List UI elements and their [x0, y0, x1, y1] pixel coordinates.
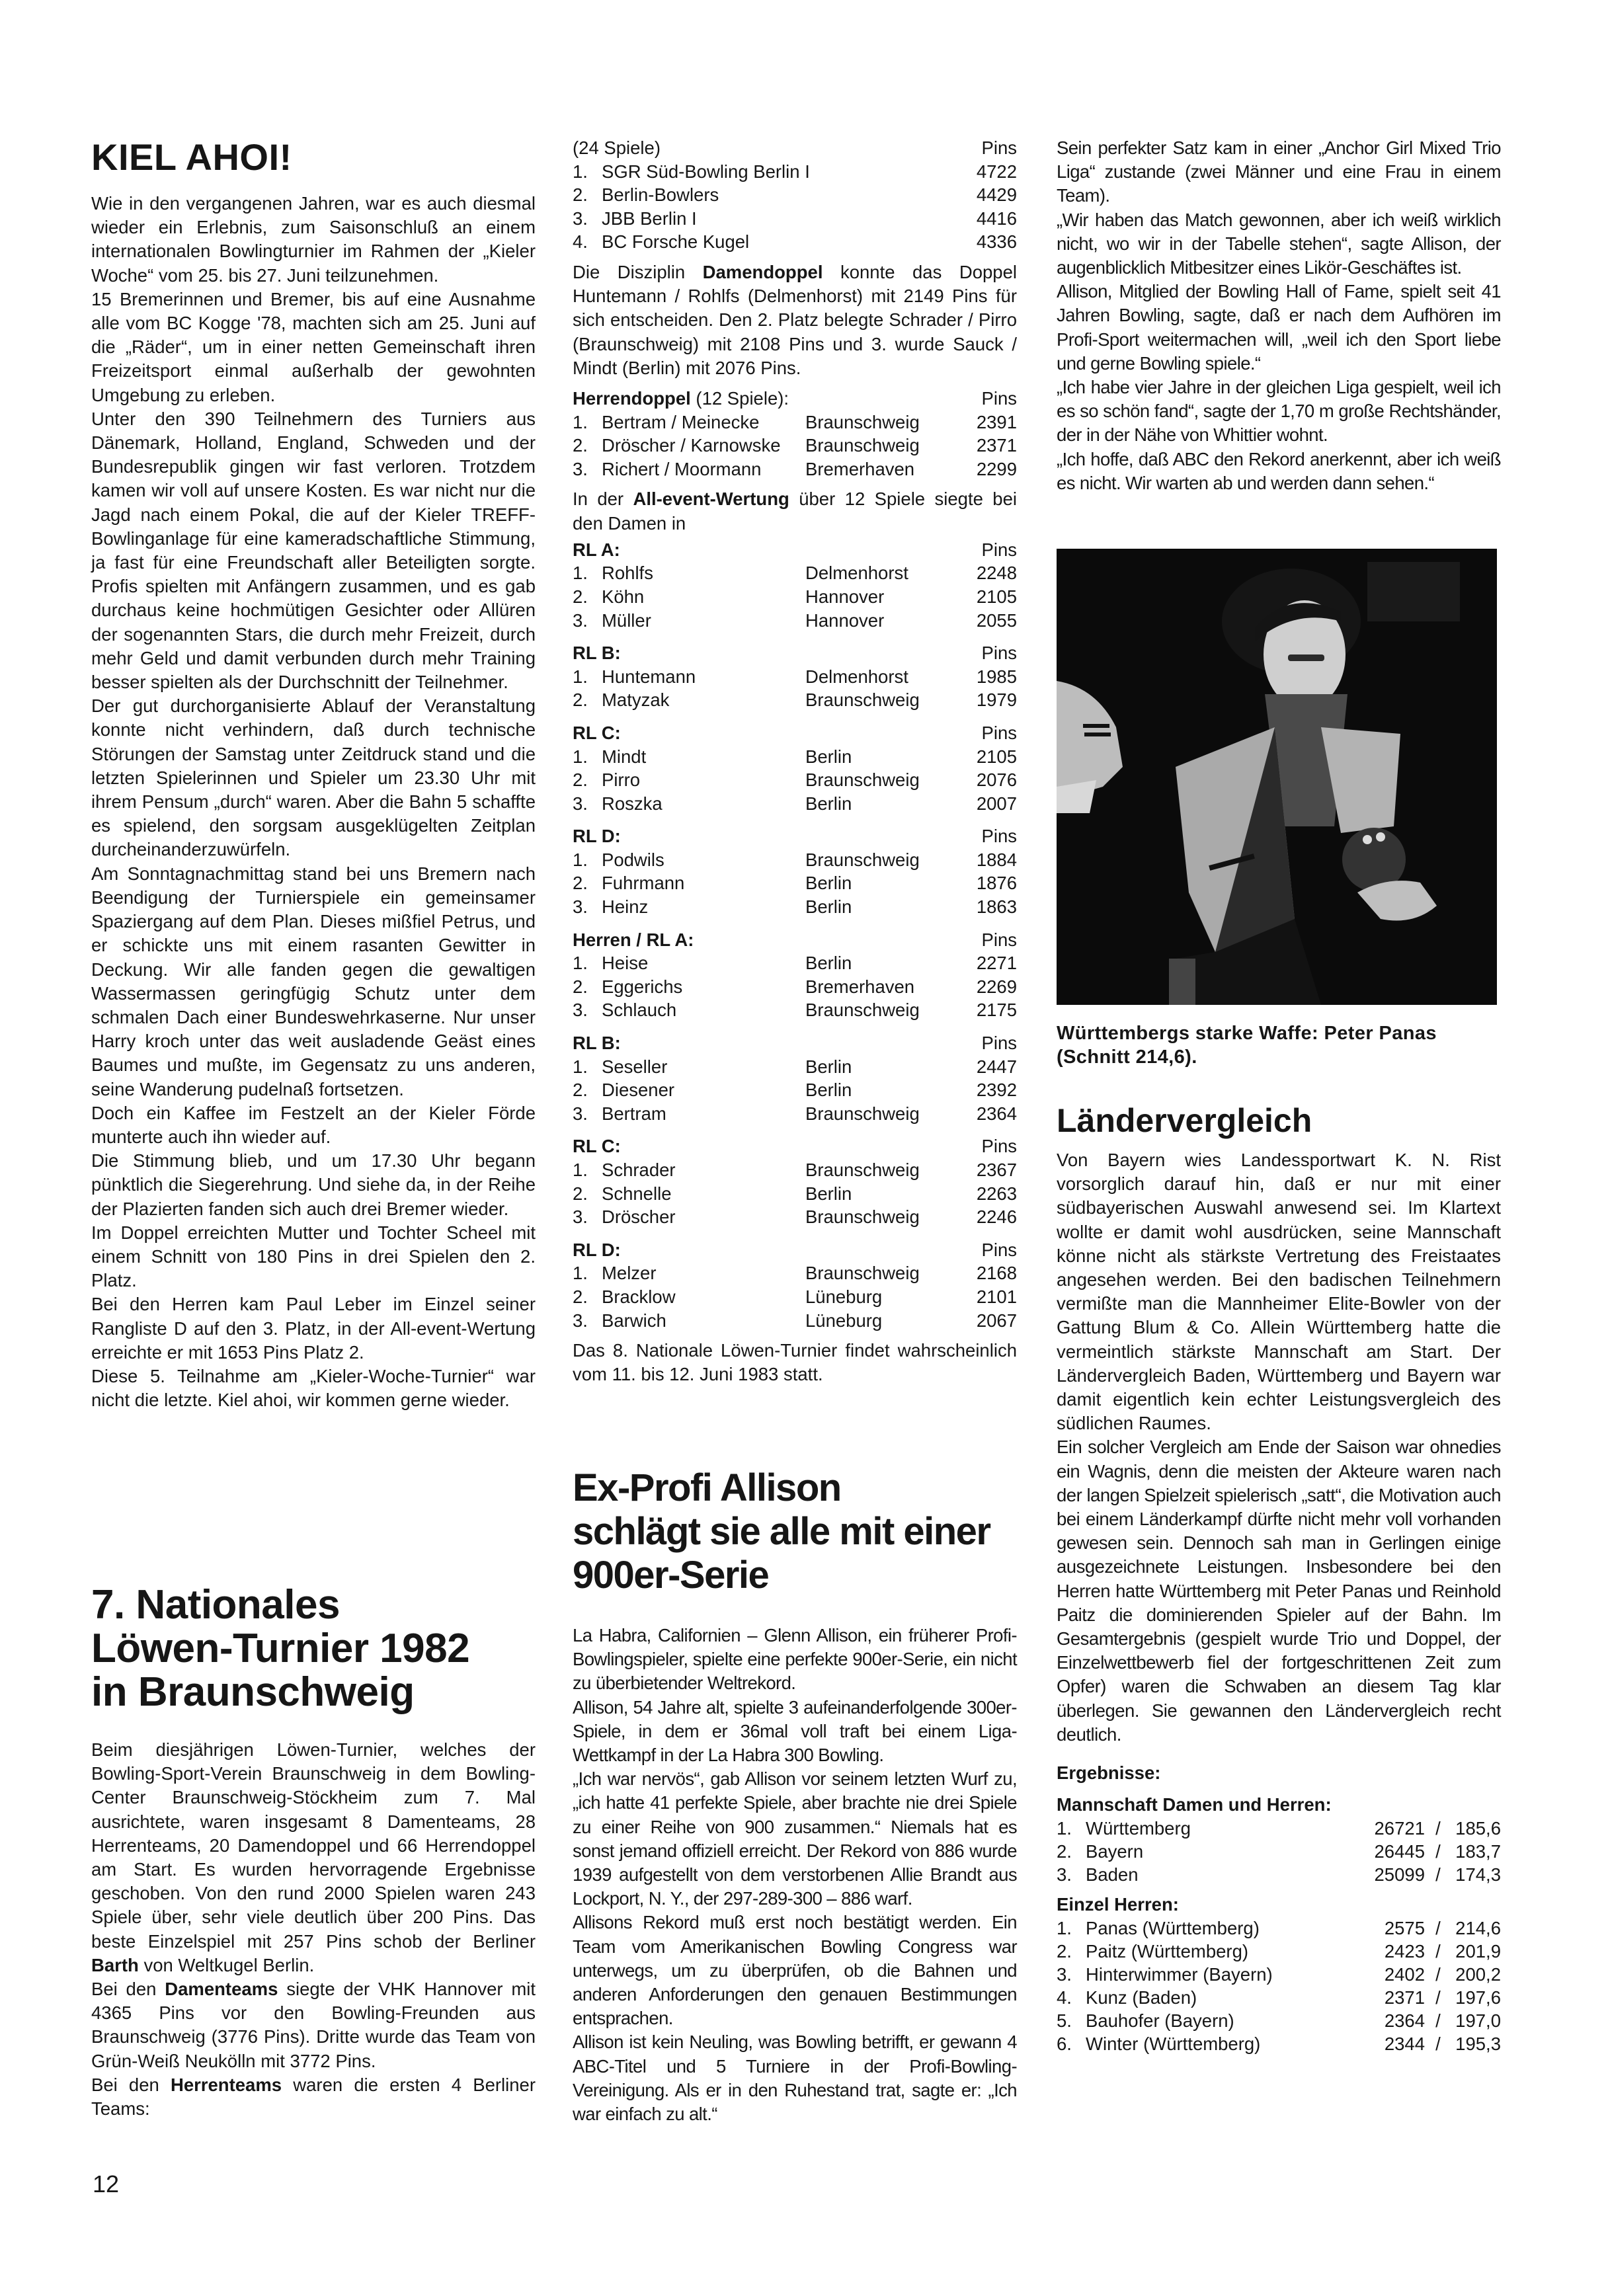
group-header: RL B:Pins	[573, 641, 1017, 665]
kiel-paragraph: Unter den 390 Teilnehmern des Turniers a…	[91, 407, 536, 694]
table-row: 3.BarwichLüneburg2067	[573, 1309, 1017, 1333]
laender-headline: Ländervergleich	[1057, 1101, 1501, 1140]
table-row: 1.PodwilsBraunschweig1884	[573, 848, 1017, 872]
table-row: 1.SesellerBerlin2447	[573, 1055, 1017, 1079]
group-header: RL C:Pins	[573, 721, 1017, 745]
group-header: RL B:Pins	[573, 1031, 1017, 1055]
table-row: 3.Baden25099/174,3	[1057, 1863, 1501, 1886]
allison-paragraph: „Wir haben das Match gewonnen, aber ich …	[1057, 208, 1501, 280]
kiel-paragraph: Am Sonntagnachmittag stand bei uns Breme…	[91, 862, 536, 1101]
herrendoppel-table: Herrendoppel (12 Spiele):Pins 1.Bertram …	[573, 387, 1017, 481]
kiel-paragraph: Doch ein Kaffee im Festzelt an der Kiele…	[91, 1101, 536, 1149]
table-row: 3.BertramBraunschweig2364	[573, 1102, 1017, 1126]
allevent-table: RL A:Pins1.RohlfsDelmenhorst22482.KöhnHa…	[573, 535, 1017, 1332]
kiel-headline: KIEL AHOI!	[91, 136, 536, 178]
table-row: 2.MatyzakBraunschweig1979	[573, 688, 1017, 712]
table-row: 3.MüllerHannover2055	[573, 609, 1017, 633]
kiel-paragraph: 15 Bremerinnen und Bremer, bis auf eine …	[91, 288, 536, 407]
group-header: RL D:Pins	[573, 824, 1017, 848]
laender-article: Ländervergleich Von Bayern wies Landessp…	[1057, 1101, 1501, 2055]
table-row: 3.DröscherBraunschweig2246	[573, 1205, 1017, 1229]
kiel-paragraph: Die Stimmung blieb, und um 17.30 Uhr beg…	[91, 1149, 536, 1221]
table-row: 4.BC Forsche Kugel4336	[573, 230, 1017, 254]
laender-paragraph: Von Bayern wies Landessportwart K. N. Ri…	[1057, 1148, 1501, 1435]
table-row: 6.Winter (Württemberg)2344/195,3	[1057, 2032, 1501, 2055]
allison-paragraph: Allison ist kein Neuling, was Bowling be…	[573, 2030, 1017, 2126]
group-header: Herren / RL A:Pins	[573, 928, 1017, 952]
allison-paragraph: La Habra, Californien – Glenn Allison, e…	[573, 1624, 1017, 1696]
allison-paragraph: Allisons Rekord muß erst noch bestätigt …	[573, 1911, 1017, 2030]
kiel-paragraph: Im Doppel erreichten Mutter und Tochter …	[91, 1221, 536, 1293]
table-row: 3.JBB Berlin I4416	[573, 207, 1017, 231]
table-row: 2.KöhnHannover2105	[573, 585, 1017, 609]
table-row: 2.SchnelleBerlin2263	[573, 1182, 1017, 1206]
table-row: 2.EggerichsBremerhaven2269	[573, 975, 1017, 999]
kiel-paragraph: Wie in den vergangenen Jahren, war es au…	[91, 192, 536, 288]
loewen-herrenteams: Bei den Herrenteams waren die ersten 4 B…	[91, 2073, 536, 2121]
table-row: 3.RoszkaBerlin2007	[573, 792, 1017, 816]
table-row: 1.SchraderBraunschweig2367	[573, 1158, 1017, 1182]
allison-paragraph: „Ich war nervös“, gab Allison vor seinem…	[573, 1767, 1017, 1911]
allison-paragraph: „Ich habe vier Jahre in der gleichen Lig…	[1057, 376, 1501, 448]
allison-paragraph: „Ich hoffe, daß ABC den Rekord anerkennt…	[1057, 448, 1501, 495]
kiel-paragraph: Der gut durchorganisierte Ablauf der Ver…	[91, 694, 536, 861]
table-row: 2.Paitz (Württemberg)2423/201,9	[1057, 1940, 1501, 1963]
page-number: 12	[93, 2170, 119, 2198]
kiel-article: KIEL AHOI! Wie in den vergangenen Jahren…	[91, 136, 536, 1412]
table-row: 1.SGR Süd-Bowling Berlin I4722	[573, 160, 1017, 184]
table-row: 2.BracklowLüneburg2101	[573, 1285, 1017, 1309]
allison-article: Ex-Profi Allison schlägt sie alle mit ei…	[573, 1466, 1017, 2126]
allison-paragraph: Allison, Mitglied der Bowling Hall of Fa…	[1057, 280, 1501, 376]
team-results-table: 1.Württemberg26721/185,6 2.Bayern26445/1…	[1057, 1817, 1501, 1886]
table-row: 2.FuhrmannBerlin1876	[573, 871, 1017, 895]
laender-paragraph: Ein solcher Vergleich am Ende der Saison…	[1057, 1435, 1501, 1747]
table-row: 2.Dröscher / KarnowskeBraunschweig2371	[573, 434, 1017, 457]
bowler-photo-icon	[1057, 549, 1497, 1005]
table-row: 1.RohlfsDelmenhorst2248	[573, 561, 1017, 585]
single-results-heading: Einzel Herren:	[1057, 1893, 1501, 1917]
damendoppel-paragraph: Die Disziplin Damendoppel konnte das Dop…	[573, 260, 1017, 380]
table-row: 3.SchlauchBraunschweig2175	[573, 998, 1017, 1022]
loewen-results: (24 Spiele)Pins 1.SGR Süd-Bowling Berlin…	[573, 136, 1017, 1387]
table-row: 4.Kunz (Baden)2371/197,6	[1057, 1986, 1501, 2009]
allevent-paragraph: In der All-event-Wertung über 12 Spiele …	[573, 487, 1017, 535]
allison-continued: Sein perfekter Satz kam in einer „Anchor…	[1057, 136, 1501, 495]
table-row: 1.Bertram / MeineckeBraunschweig2391	[573, 411, 1017, 434]
kiel-paragraph: Bei den Herren kam Paul Leber im Einzel …	[91, 1292, 536, 1365]
photo-caption: Württembergs starke Waffe: Peter Panas (…	[1057, 1021, 1501, 1069]
results-heading: Ergebnisse:	[1057, 1761, 1501, 1785]
table-row: 3.HeinzBerlin1863	[573, 895, 1017, 919]
group-header: RL C:Pins	[573, 1134, 1017, 1158]
allison-paragraph: Sein perfekter Satz kam in einer „Anchor…	[1057, 136, 1501, 208]
photo-peter-panas	[1057, 549, 1497, 1005]
table-row: 2.PirroBraunschweig2076	[573, 768, 1017, 792]
table-row: 2.Bayern26445/183,7	[1057, 1840, 1501, 1863]
table-row: 3.Hinterwimmer (Bayern)2402/200,2	[1057, 1963, 1501, 1986]
table-row: 2.DiesenerBerlin2392	[573, 1078, 1017, 1102]
allison-headline: Ex-Profi Allison schlägt sie alle mit ei…	[573, 1466, 1017, 1597]
table-row: 1.Württemberg26721/185,6	[1057, 1817, 1501, 1840]
loewen-article: 7. Nationales Löwen-Turnier 1982 in Brau…	[91, 1583, 536, 2121]
table-row: 5.Bauhofer (Bayern)2364/197,0	[1057, 2009, 1501, 2032]
table-row: 2.Berlin-Bowlers4429	[573, 183, 1017, 207]
kiel-paragraph: Diese 5. Teilnahme am „Kieler-Woche-Turn…	[91, 1365, 536, 1412]
table-row: 3.Richert / MoormannBremerhaven2299	[573, 457, 1017, 481]
table-row: 1.HuntemannDelmenhorst1985	[573, 665, 1017, 689]
loewen-intro: Beim diesjährigen Löwen-Turnier, welches…	[91, 1738, 536, 1977]
loewen-damenteams: Bei den Damenteams siegte der VHK Hannov…	[91, 1977, 536, 2073]
table-row: 1.Panas (Württemberg)2575/214,6	[1057, 1917, 1501, 1940]
table-row: 1.MelzerBraunschweig2168	[573, 1261, 1017, 1285]
group-header: RL D:Pins	[573, 1238, 1017, 1262]
loewen-outro: Das 8. Nationale Löwen-Turnier findet wa…	[573, 1339, 1017, 1386]
single-results-table: 1.Panas (Württemberg)2575/214,6 2.Paitz …	[1057, 1917, 1501, 2055]
table-row: 1.HeiseBerlin2271	[573, 951, 1017, 975]
team-results-heading: Mannschaft Damen und Herren:	[1057, 1793, 1501, 1817]
group-header: RL A:Pins	[573, 538, 1017, 562]
herrenteams-table: (24 Spiele)Pins 1.SGR Süd-Bowling Berlin…	[573, 136, 1017, 254]
loewen-headline: 7. Nationales Löwen-Turnier 1982 in Brau…	[91, 1583, 536, 1714]
table-row: 1.MindtBerlin2105	[573, 745, 1017, 769]
allison-paragraph: Allison, 54 Jahre alt, spielte 3 aufeina…	[573, 1696, 1017, 1768]
